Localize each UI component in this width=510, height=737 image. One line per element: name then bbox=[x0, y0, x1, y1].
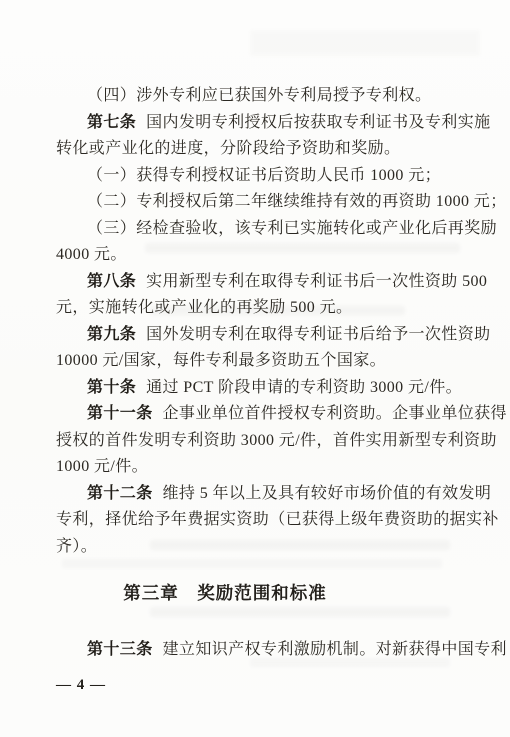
document-line: 齐）。 bbox=[56, 534, 488, 561]
article-number: 第八条 bbox=[87, 273, 136, 290]
article-number: 第十一条 bbox=[87, 405, 153, 422]
document-line: 元，实施转化或产业化的再奖励 500 元。 bbox=[56, 295, 488, 322]
document-line: （二）专利授权后第二年继续维持有效的再资助 1000 元； bbox=[56, 189, 488, 216]
document-line: （一）获得专利授权证书后资助人民币 1000 元； bbox=[56, 163, 488, 190]
scan-smudge bbox=[250, 30, 480, 56]
chapter-heading: 第三章 奖励范围和标准 bbox=[9, 580, 441, 606]
document-line: 第十三条建立知识产权专利激励机制。对新获得中国专利 bbox=[56, 637, 488, 664]
article-number: 第七条 bbox=[87, 114, 136, 131]
line-text: 国外发明专利在取得专利证书后给予一次性资助 bbox=[146, 326, 490, 343]
document-line: 1000 元/件。 bbox=[56, 454, 488, 481]
article-number: 第九条 bbox=[87, 326, 136, 343]
document-line: 第九条国外发明专利在取得专利证书后给予一次性资助 bbox=[56, 322, 488, 349]
document-line: 第十二条维持 5 年以上及具有较好市场价值的有效发明 bbox=[56, 481, 488, 508]
line-text: 维持 5 年以上及具有较好市场价值的有效发明 bbox=[163, 485, 492, 502]
document-line: 第八条实用新型专利在取得专利证书后一次性资助 500 bbox=[56, 269, 488, 296]
line-text: 实用新型专利在取得专利证书后一次性资助 500 bbox=[146, 273, 487, 290]
document-line: 第十一条企事业单位首件授权专利资助。企事业单位获得 bbox=[56, 401, 488, 428]
document-line: 第七条国内发明专利授权后按获取专利证书及专利实施 bbox=[56, 110, 488, 137]
line-text: （三）经检查验收，该专利已实施转化或产业化后再奖励 bbox=[87, 220, 497, 237]
document-line: 10000 元/国家，每件专利最多资助五个国家。 bbox=[56, 348, 488, 375]
document-line: 专利，择优给予年费据实资助（已获得上级年费资助的据实补 bbox=[56, 507, 488, 534]
line-text: （二）专利授权后第二年继续维持有效的再资助 1000 元； bbox=[87, 193, 507, 210]
line-text: 国内发明专利授权后按获取专利证书及专利实施 bbox=[146, 114, 490, 131]
article-number: 第十三条 bbox=[87, 641, 153, 658]
line-text: 齐）。 bbox=[56, 538, 97, 555]
line-text: 元，实施转化或产业化的再奖励 500 元。 bbox=[56, 299, 352, 316]
line-text: 10000 元/国家，每件专利最多资助五个国家。 bbox=[56, 352, 386, 369]
line-text: 转化或产业化的进度，分阶段给予资助和奖励。 bbox=[56, 140, 400, 157]
document-line: 转化或产业化的进度，分阶段给予资助和奖励。 bbox=[56, 136, 488, 163]
document-body: （四）涉外专利应已获国外专利局授予专利权。 第七条国内发明专利授权后按获取专利证… bbox=[56, 83, 488, 694]
page-number: — 4 — bbox=[56, 677, 488, 694]
document-line: （四）涉外专利应已获国外专利局授予专利权。 bbox=[56, 83, 488, 110]
line-text: 授权的首件发明专利资助 3000 元/件，首件实用新型专利资助 bbox=[56, 432, 497, 449]
line-text: 4000 元。 bbox=[56, 246, 127, 263]
document-line: 4000 元。 bbox=[56, 242, 488, 269]
line-text: 建立知识产权专利激励机制。对新获得中国专利 bbox=[163, 641, 507, 658]
line-text: 专利，择优给予年费据实资助（已获得上级年费资助的据实补 bbox=[56, 511, 499, 528]
line-text: 企事业单位首件授权专利资助。企事业单位获得 bbox=[163, 405, 507, 422]
line-text: 通过 PCT 阶段申请的专利资助 3000 元/件。 bbox=[146, 379, 462, 396]
document-line: 授权的首件发明专利资助 3000 元/件，首件实用新型专利资助 bbox=[56, 428, 488, 455]
article-number: 第十条 bbox=[87, 379, 136, 396]
document-line: 第十条通过 PCT 阶段申请的专利资助 3000 元/件。 bbox=[56, 375, 488, 402]
line-text: 1000 元/件。 bbox=[56, 458, 148, 475]
line-text: （一）获得专利授权证书后资助人民币 1000 元； bbox=[87, 167, 441, 184]
document-line: （三）经检查验收，该专利已实施转化或产业化后再奖励 bbox=[56, 216, 488, 243]
document-page: （四）涉外专利应已获国外专利局授予专利权。 第七条国内发明专利授权后按获取专利证… bbox=[0, 0, 510, 737]
line-text: （四）涉外专利应已获国外专利局授予专利权。 bbox=[87, 87, 431, 104]
article-number: 第十二条 bbox=[87, 485, 153, 502]
